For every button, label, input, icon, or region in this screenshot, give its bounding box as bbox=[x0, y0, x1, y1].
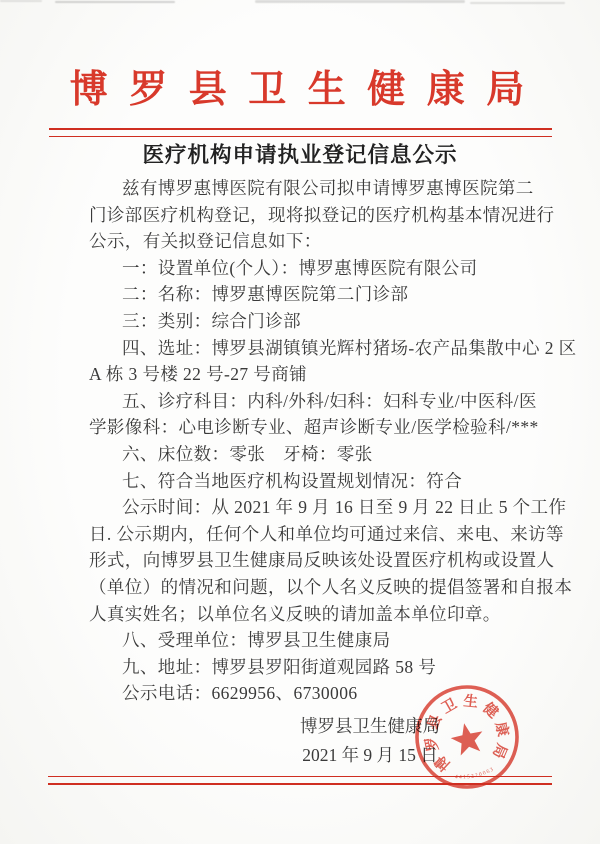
document-body: 兹有博罗惠博医院有限公司拟申请博罗惠博医院第二门诊部医疗机构登记，现将拟登记的医… bbox=[89, 175, 519, 707]
body-line: 九、地址：博罗县罗阳街道观园路 58 号 bbox=[89, 654, 519, 681]
body-line: 公示时间：从 2021 年 9 月 16 日至 9 月 22 日止 5 个工作 bbox=[89, 494, 519, 521]
official-seal-stamp: 博罗县卫生健康局 4415220063 bbox=[396, 666, 538, 808]
scan-artifact bbox=[255, 0, 465, 3]
body-line: 兹有博罗惠博医院有限公司拟申请博罗惠博医院第二 bbox=[89, 175, 519, 202]
body-line: 二：名称：博罗惠博医院第二门诊部 bbox=[89, 281, 519, 308]
agency-header: 博 罗 县 卫 生 健 康 局 bbox=[0, 68, 600, 112]
body-line: 人真实姓名；以单位名义反映的请加盖本单位印章。 bbox=[89, 601, 519, 628]
body-line: 三：类别：综合门诊部 bbox=[89, 308, 519, 335]
scan-artifact bbox=[470, 2, 565, 4]
seal-character: 生 bbox=[463, 692, 480, 710]
document-page: 博 罗 县 卫 生 健 康 局 医疗机构申请执业登记信息公示 兹有博罗惠博医院有… bbox=[0, 0, 600, 844]
body-line: 形式，向博罗县卫生健康局反映该处设置医疗机构或设置人 bbox=[89, 547, 519, 574]
body-line: 门诊部医疗机构登记，现将拟登记的医疗机构基本情况进行 bbox=[89, 202, 519, 229]
seal-character: 县 bbox=[424, 712, 446, 733]
footer-divider-rule bbox=[48, 776, 552, 785]
seal-character: 健 bbox=[479, 699, 502, 722]
header-divider-rule bbox=[49, 128, 552, 137]
body-line: A 栋 3 号楼 22 号-27 号商铺 bbox=[89, 361, 519, 388]
body-line: 五、诊疗科目：内科/外科/妇科：妇科专业/中医科/医 bbox=[89, 388, 519, 415]
seal-character: 博 bbox=[431, 751, 454, 774]
body-line: （单位）的情况和问题，以个人名义反映的提倡签署和自报本 bbox=[89, 574, 519, 601]
seal-character: 局 bbox=[489, 741, 510, 761]
document-title: 医疗机构申请执业登记信息公示 bbox=[0, 138, 600, 169]
body-line: 一：设置单位(个人）：博罗惠博医院有限公司 bbox=[89, 255, 519, 282]
seal-character: 康 bbox=[492, 720, 513, 739]
seal-star-icon bbox=[448, 720, 486, 757]
seal-character: 卫 bbox=[439, 695, 460, 717]
scan-artifact bbox=[0, 0, 42, 2]
body-line: 七、符合当地医疗机构设置规划情况：符合 bbox=[89, 468, 519, 495]
scan-artifact bbox=[55, 1, 175, 3]
body-line: 八、受理单位：博罗县卫生健康局 bbox=[89, 627, 519, 654]
body-line: 四、选址：博罗县湖镇镇光辉村猪场-农产品集散中心 2 区 bbox=[89, 335, 519, 362]
body-line: 六、床位数：零张 牙椅：零张 bbox=[89, 441, 519, 468]
seal-character: 罗 bbox=[421, 735, 441, 753]
body-line: 公示，有关拟登记信息如下： bbox=[89, 228, 519, 255]
body-line: 日. 公示期内，任何个人和单位均可通过来信、来电、来访等 bbox=[89, 521, 519, 548]
body-line: 学影像科：心电诊断专业、超声诊断专业/医学检验科/*** bbox=[89, 414, 519, 441]
